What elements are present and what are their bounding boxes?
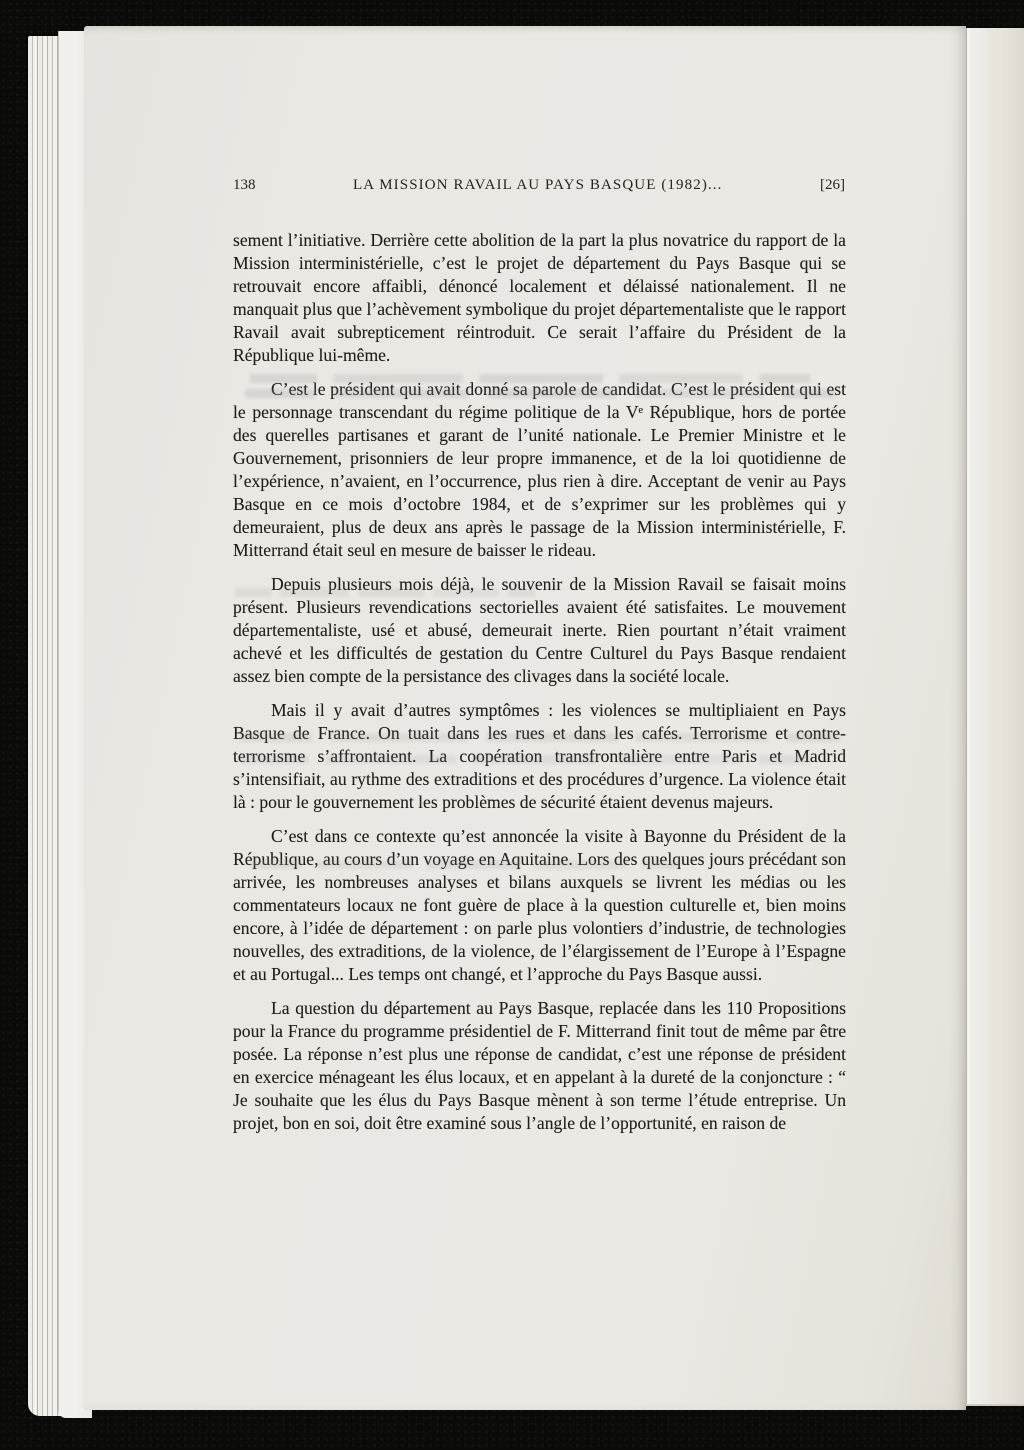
scanned-book-photo: 138 LA MISSION RAVAIL AU PAYS BASQUE (19… [0, 0, 1024, 1450]
body-text: sement l’initiative. Derrière cette abol… [233, 229, 846, 1146]
section-ref: [26] [820, 177, 845, 194]
paragraph: C’est le président qui avait donné sa pa… [233, 378, 846, 562]
page-header: 138 LA MISSION RAVAIL AU PAYS BASQUE (19… [233, 177, 845, 194]
paragraph: sement l’initiative. Derrière cette abol… [233, 229, 846, 367]
page-number: 138 [233, 177, 256, 194]
showthrough-smudge [240, 755, 810, 764]
showthrough-smudge [235, 588, 535, 597]
book-page: 138 LA MISSION RAVAIL AU PAYS BASQUE (19… [84, 26, 966, 1410]
showthrough-smudge [250, 860, 680, 869]
next-page-edge [966, 28, 1024, 1406]
showthrough-smudge [240, 733, 840, 742]
paragraph: La question du département au Pays Basqu… [233, 997, 846, 1135]
running-title: LA MISSION RAVAIL AU PAYS BASQUE (1982).… [353, 177, 722, 194]
showthrough-smudge [245, 389, 835, 398]
page-stack-edges [28, 36, 62, 1416]
showthrough-smudge [250, 374, 810, 383]
paragraph: C’est dans ce contexte qu’est annoncée l… [233, 825, 846, 986]
